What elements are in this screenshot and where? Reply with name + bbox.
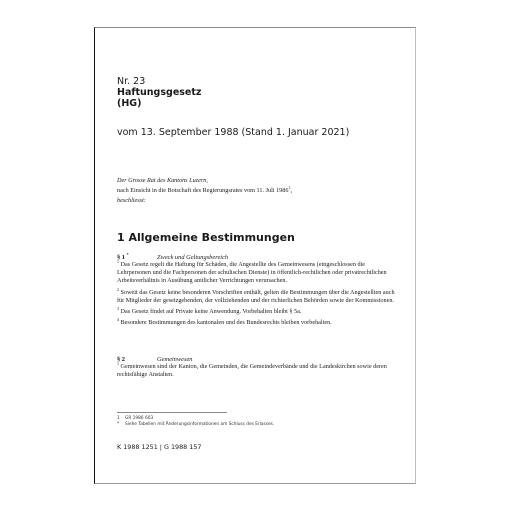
law-date: vom 13. September 1988 (Stand 1. Januar … <box>117 127 349 138</box>
footnote-divider <box>117 412 227 413</box>
section-body: 1 Gemeinwesen sind der Kanton, die Gemei… <box>117 363 395 379</box>
preamble-authority: Der Grosse Rat des Kantons Luzern, <box>117 177 208 184</box>
chapter-heading: 1 Allgemeine Bestimmungen <box>117 231 295 244</box>
preamble-resolution: beschliesst: <box>117 197 146 204</box>
law-title: Haftungsgesetz (HG) <box>117 87 201 109</box>
law-title-abbreviation: (HG) <box>117 98 201 109</box>
footnote: *Siehe Tabellen mit Änderungsinformation… <box>117 422 274 428</box>
section-heading: § 1 *Zweck und Geltungsbereich <box>117 254 395 261</box>
change-marker[interactable]: * <box>127 252 129 257</box>
paragraph: 4 Besondere Bestimmungen des kantonalen … <box>117 319 395 327</box>
footnotes: 1GR 1986 603 *Siehe Tabellen mit Änderun… <box>117 416 274 428</box>
law-title-name: Haftungsgesetz <box>117 87 201 98</box>
paragraph: 1 Gemeinwesen sind der Kanton, die Gemei… <box>117 363 395 379</box>
document-page: Nr. 23 Haftungsgesetz (HG) vom 13. Septe… <box>94 27 416 484</box>
paragraph: 2 Soweit das Gesetz keine besonderen Vor… <box>117 289 395 305</box>
section-1: § 1 *Zweck und Geltungsbereich 1 Das Ges… <box>117 254 395 330</box>
paragraph: 3 Das Gesetz findet auf Private keine An… <box>117 308 395 316</box>
preamble: Der Grosse Rat des Kantons Luzern, nach … <box>117 176 292 206</box>
section-body: 1 Das Gesetz regelt die Haftung für Schä… <box>117 261 395 327</box>
section-2: § 2Gemeinwesen 1 Gemeinwesen sind der Ka… <box>117 356 395 382</box>
preamble-basis: nach Einsicht in die Botschaft des Regie… <box>117 186 292 196</box>
publication-reference: K 1988 1251 | G 1988 157 <box>117 443 201 451</box>
paragraph: 1 Das Gesetz regelt die Haftung für Schä… <box>117 261 395 286</box>
law-number: Nr. 23 <box>117 76 145 87</box>
section-heading: § 2Gemeinwesen <box>117 356 395 363</box>
